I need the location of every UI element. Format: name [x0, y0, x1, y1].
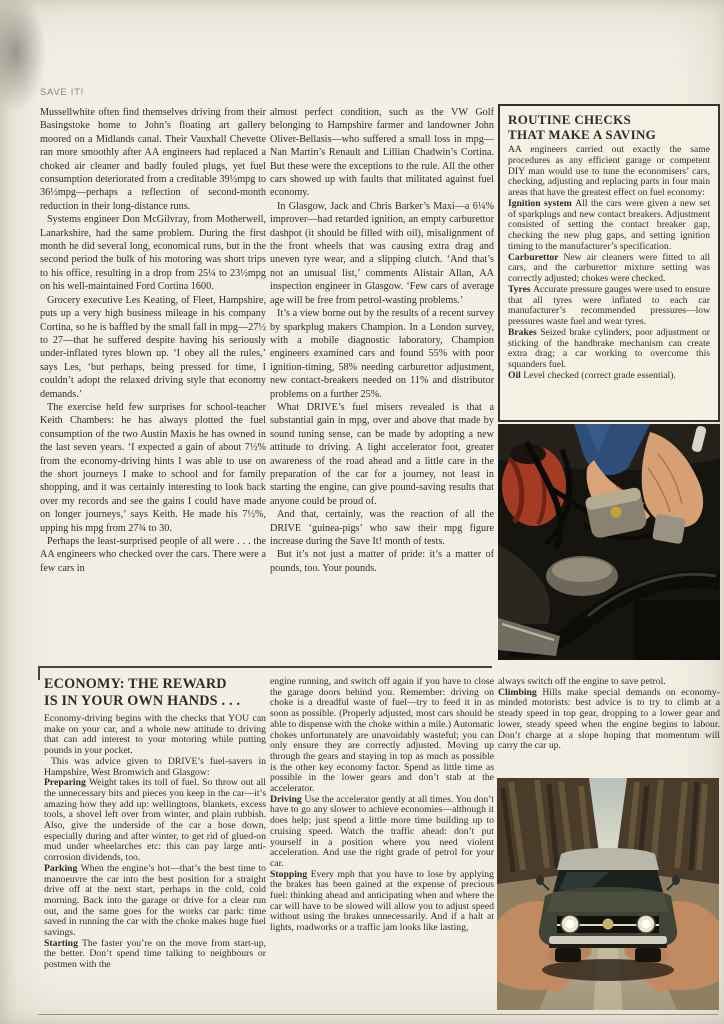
routine-checks-title-line1: ROUTINE CHECKS — [508, 112, 710, 127]
kicker: SAVE IT! — [40, 87, 84, 98]
paragraph: In Glasgow, Jack and Chris Barker’s Maxi… — [270, 200, 494, 307]
paragraph-lead: Carburettor — [508, 252, 563, 263]
paragraph: Grocery executive Les Keating, of Fleet,… — [40, 294, 266, 401]
paragraph: But it’s not just a matter of pride: it’… — [270, 548, 494, 575]
car-roof — [557, 848, 659, 870]
paragraph: Brakes Seized brake cylinders, poor adju… — [508, 328, 710, 371]
paragraph: Perhaps the least-surprised people of al… — [40, 535, 266, 575]
paragraph: Climbing Hills make special demands on e… — [498, 688, 720, 752]
paragraph: almost perfect condition, such as the VW… — [270, 106, 494, 200]
routine-checks-title: ROUTINE CHECKS THAT MAKE A SAVING — [508, 112, 710, 142]
article-column-1: Mussellwhite often find themselves drivi… — [40, 106, 266, 663]
car — [536, 848, 680, 981]
routine-checks-title-line2: THAT MAKE A SAVING — [508, 127, 710, 142]
routine-checks-body: AA engineers carried out exactly the sam… — [508, 145, 710, 382]
paragraph: Systems engineer Don McGilvray, from Mot… — [40, 213, 266, 293]
paragraph: Driving Use the accelerator gently at al… — [270, 795, 494, 870]
paragraph-lead: Starting — [44, 938, 82, 949]
economy-headline: ECONOMY: THE REWARD IS IN YOUR OWN HANDS… — [44, 676, 284, 710]
paragraph: It’s a view borne out by the results of … — [270, 307, 494, 401]
paragraph: The exercise held few surprises for scho… — [40, 401, 266, 535]
paragraph: Stopping Every mph that you have to lose… — [270, 870, 494, 934]
paragraph: This was advice given to DRIVE’s fuel-sa… — [44, 757, 266, 778]
economy-headline-line2: IS IN YOUR OWN HANDS . . . — [44, 693, 284, 710]
article-column-2: almost perfect condition, such as the VW… — [270, 106, 494, 663]
bonnet — [547, 892, 669, 912]
wheel-right — [635, 948, 661, 962]
routine-checks-box: ROUTINE CHECKS THAT MAKE A SAVING AA eng… — [498, 104, 720, 422]
paragraph: Economy-driving begins with the checks t… — [44, 714, 266, 757]
paragraph-lead: Climbing — [498, 687, 542, 698]
paragraph: Carburettor New air cleaners were fitted… — [508, 253, 710, 285]
paragraph: Tyres Accurate pressure gauges were used… — [508, 285, 710, 328]
economy-column-2: engine running, and switch off again if … — [270, 677, 494, 1019]
paragraph-lead: Tyres — [508, 284, 533, 295]
paragraph: Mussellwhite often find themselves drivi… — [40, 106, 266, 213]
paragraph-lead: Ignition system — [508, 198, 575, 209]
bottom-rule — [38, 1014, 718, 1015]
paragraph: And that, certainly, was the reaction of… — [270, 508, 494, 548]
paragraph-lead: Oil — [508, 370, 523, 381]
section-divider — [38, 666, 492, 668]
paragraph-lead: Brakes — [508, 327, 540, 338]
car-photo — [497, 778, 719, 1010]
badge — [603, 919, 614, 930]
paragraph: Parking When the engine’s hot—that’s the… — [44, 864, 266, 939]
economy-headline-line1: ECONOMY: THE REWARD — [44, 676, 284, 693]
wheel-left — [555, 948, 581, 962]
paragraph-lead: Preparing — [44, 777, 89, 788]
paragraph: AA engineers carried out exactly the sam… — [508, 145, 710, 199]
paragraph-lead: Stopping — [270, 869, 311, 880]
magazine-page: SAVE IT! Mussellwhite often find themsel… — [0, 0, 724, 1024]
section-divider-stub — [38, 666, 40, 680]
paragraph: Starting The faster you’re on the move f… — [44, 939, 266, 971]
economy-column-1: Economy-driving begins with the checks t… — [44, 714, 266, 1016]
paragraph-lead: Driving — [270, 794, 304, 805]
economy-column-3: always switch off the engine to save pet… — [498, 677, 720, 777]
engine-photo — [498, 424, 720, 660]
paragraph: engine running, and switch off again if … — [270, 677, 494, 795]
paragraph-lead: Parking — [44, 863, 81, 874]
paragraph: Preparing Weight takes its toll of fuel.… — [44, 778, 266, 864]
paragraph: What DRIVE’s fuel misers revealed is tha… — [270, 401, 494, 508]
bumper — [549, 936, 667, 944]
paragraph: Oil Level checked (correct grade essenti… — [508, 371, 710, 382]
paragraph: Ignition system All the cars were given … — [508, 199, 710, 253]
